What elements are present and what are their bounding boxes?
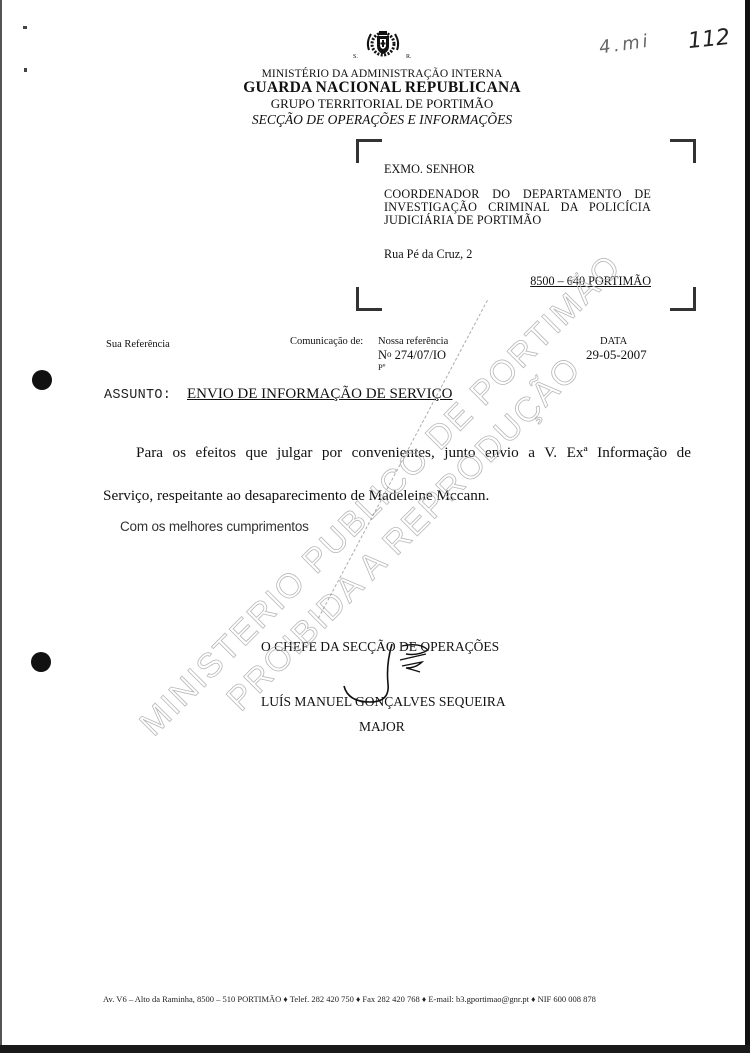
nossa-referencia-label: Nossa referência [378, 336, 448, 347]
number-prefix: N [378, 348, 387, 362]
signatory-rank: MAJOR [359, 719, 405, 735]
date-value: 29-05-2007 [586, 347, 647, 363]
comunicacao-label: Comunicação de: [290, 336, 363, 347]
date-label: DATA [600, 336, 627, 347]
subject-value: ENVIO DE INFORMAÇÃO DE SERVIÇO [187, 386, 452, 403]
crest-letter-right: R. [406, 54, 412, 60]
sua-referencia-label: Sua Referência [106, 339, 170, 350]
recipient-salutation: EXMO. SENHOR [384, 163, 651, 176]
closing-salutation: Com os melhores cumprimentos [120, 519, 309, 534]
punch-hole [32, 370, 52, 390]
nossa-referencia-number: No 274/07/IO [378, 348, 446, 363]
address-corner-top-left [356, 139, 382, 163]
document-page: S. R. MINISTÉRIO DA ADMINISTRAÇÃO INTERN… [0, 0, 745, 1045]
recipient-title: COORDENADOR DO DEPARTAMENTO DE INVESTIGA… [384, 188, 651, 227]
punch-hole [31, 652, 51, 672]
organization-name: GUARDA NACIONAL REPUBLICANA [202, 79, 562, 97]
scan-border-bottom [0, 1045, 750, 1053]
address-corner-top-right [670, 139, 696, 163]
section-name: SECÇÃO DE OPERAÇÕES E INFORMAÇÕES [202, 112, 562, 128]
reference-value: 274/07/IO [395, 348, 446, 362]
footer-contact: Av. V6 – Alto da Raminha, 8500 – 510 POR… [103, 994, 596, 1004]
handwritten-page-number: 112 [687, 25, 731, 54]
address-corner-bottom-right [670, 287, 696, 311]
signatory-name: LUÍS MANUEL GONÇALVES SEQUEIRA [261, 694, 506, 710]
scan-speck [24, 68, 27, 72]
group-name: GRUPO TERRITORIAL DE PORTIMÃO [202, 96, 562, 112]
coat-of-arms-icon [359, 28, 407, 64]
processo-label: Pº [378, 362, 385, 372]
scan-speck [23, 26, 27, 29]
address-corner-bottom-left [356, 287, 382, 311]
subject-label: ASSUNTO: [104, 388, 171, 403]
number-superscript: o [387, 349, 392, 359]
scan-border-right [745, 0, 750, 1053]
crest-letter-left: S. [353, 54, 358, 60]
recipient-title-line: JUDICIÁRIA DE PORTIMÃO [384, 214, 651, 227]
handwritten-initials: 4.mi [598, 31, 652, 59]
